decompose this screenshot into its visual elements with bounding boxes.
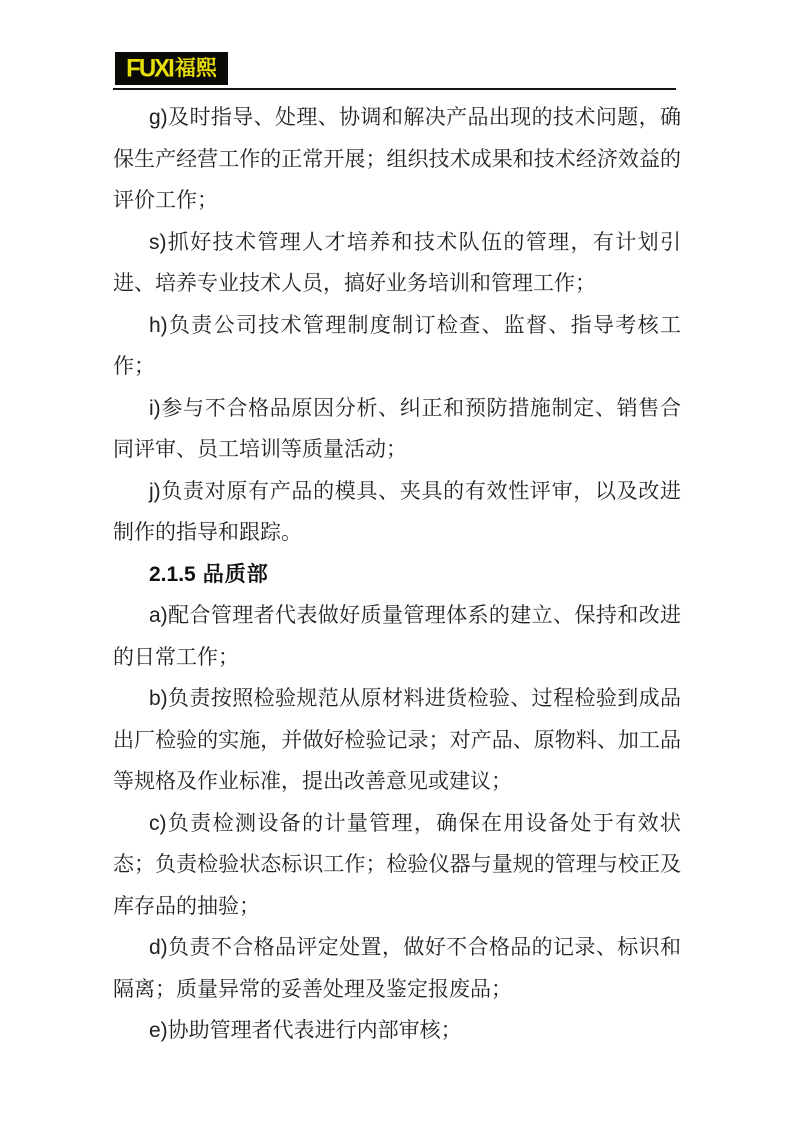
paragraph-a: a)配合管理者代表做好质量管理体系的建立、保持和改进的日常工作； (113, 595, 681, 678)
paragraph-d: d)负责不合格品评定处置，做好不合格品的记录、标识和隔离；质量异常的妥善处理及鉴… (113, 927, 681, 1010)
paragraph-s: s)抓好技术管理人才培养和技术队伍的管理，有计划引进、培养专业技术人员，搞好业务… (113, 222, 681, 305)
document-page: FUXI 福熙 g)及时指导、处理、协调和解决产品出现的技术问题，确保生产经营工… (0, 0, 794, 1123)
paragraph-g: g)及时指导、处理、协调和解决产品出现的技术问题，确保生产经营工作的正常开展；组… (113, 97, 681, 222)
paragraph-h: h)负责公司技术管理制度制订检查、监督、指导考核工作； (113, 305, 681, 388)
company-logo: FUXI 福熙 (115, 52, 228, 85)
header-divider (113, 88, 676, 90)
logo-cjk-text: 福熙 (175, 58, 217, 79)
section-title: 品质部 (203, 563, 269, 586)
section-heading: 2.1.5品质部 (113, 554, 681, 596)
paragraph-j: j)负责对原有产品的模具、夹具的有效性评审，以及改进制作的指导和跟踪。 (113, 471, 681, 554)
document-content: g)及时指导、处理、协调和解决产品出现的技术问题，确保生产经营工作的正常开展；组… (113, 97, 681, 1052)
paragraph-e: e)协助管理者代表进行内部审核； (113, 1010, 681, 1052)
paragraph-c: c)负责检测设备的计量管理，确保在用设备处于有效状态；负责检验状态标识工作；检验… (113, 803, 681, 928)
paragraph-i: i)参与不合格品原因分析、纠正和预防措施制定、销售合同评审、员工培训等质量活动； (113, 388, 681, 471)
paragraph-b: b)负责按照检验规范从原材料进货检验、过程检验到成品出厂检验的实施，并做好检验记… (113, 678, 681, 803)
logo-latin-text: FUXI (126, 56, 173, 81)
section-number: 2.1.5 (149, 563, 196, 586)
